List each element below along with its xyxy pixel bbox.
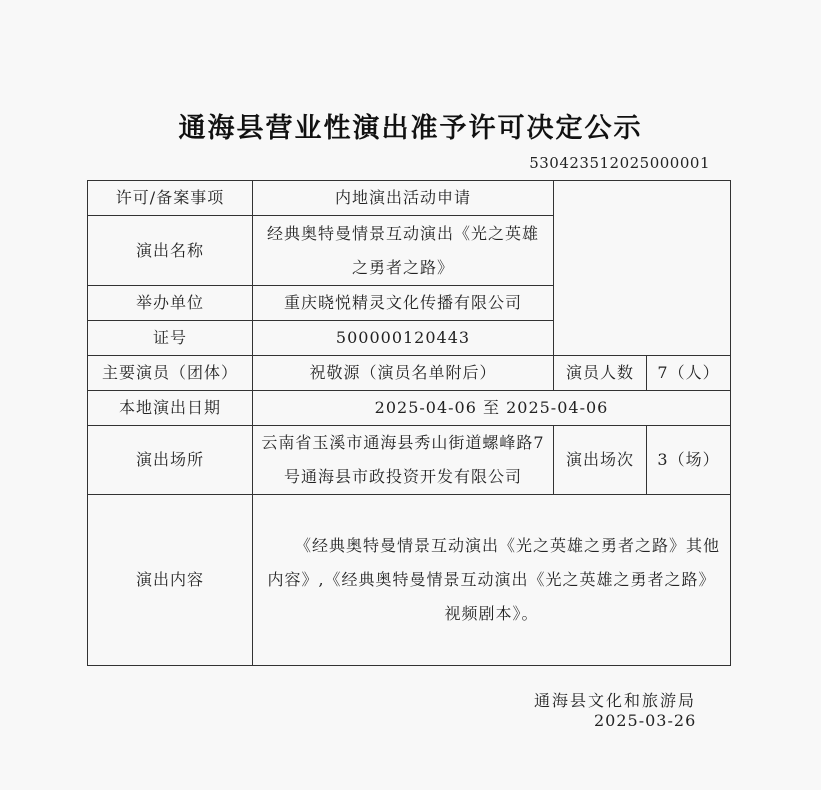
page-title: 通海县营业性演出准予许可决定公示 xyxy=(0,106,821,145)
label-content: 演出内容 xyxy=(88,495,253,666)
label-venue: 演出场所 xyxy=(88,426,253,495)
value-content: 《经典奥特曼情景互动演出《光之英雄之勇者之路》其他内容》,《经典奥特曼情景互动演… xyxy=(253,495,731,666)
value-sessions: 3（场） xyxy=(647,426,731,495)
issue-date: 2025-03-26 xyxy=(594,711,696,730)
value-venue: 云南省玉溪市通海县秀山街道螺峰路7号通海县市政投资开发有限公司 xyxy=(253,426,554,495)
document-number: 530423512025000001 xyxy=(529,154,710,172)
row-license-item: 许可/备案事项 内地演出活动申请 xyxy=(88,181,731,216)
blank-cell xyxy=(554,181,731,356)
label-performer-count: 演员人数 xyxy=(554,356,647,391)
value-performer-count: 7（人） xyxy=(647,356,731,391)
label-local-dates: 本地演出日期 xyxy=(88,391,253,426)
value-organizer: 重庆晓悦精灵文化传播有限公司 xyxy=(253,286,554,321)
value-license-item: 内地演出活动申请 xyxy=(253,181,554,216)
value-certificate: 500000120443 xyxy=(253,321,554,356)
issuer-name: 通海县文化和旅游局 xyxy=(534,688,696,711)
permit-table: 许可/备案事项 内地演出活动申请 演出名称 经典奥特曼情景互动演出《光之英雄之勇… xyxy=(87,180,731,666)
row-local-dates: 本地演出日期 2025-04-06 至 2025-04-06 xyxy=(88,391,731,426)
label-sessions: 演出场次 xyxy=(554,426,647,495)
row-venue: 演出场所 云南省玉溪市通海县秀山街道螺峰路7号通海县市政投资开发有限公司 演出场… xyxy=(88,426,731,495)
label-show-name: 演出名称 xyxy=(88,216,253,286)
value-main-performers: 祝敬源（演员名单附后） xyxy=(253,356,554,391)
label-main-performers: 主要演员（团体） xyxy=(88,356,253,391)
value-show-name: 经典奥特曼情景互动演出《光之英雄之勇者之路》 xyxy=(253,216,554,286)
row-main-performers: 主要演员（团体） 祝敬源（演员名单附后） 演员人数 7（人） xyxy=(88,356,731,391)
label-certificate: 证号 xyxy=(88,321,253,356)
row-content: 演出内容 《经典奥特曼情景互动演出《光之英雄之勇者之路》其他内容》,《经典奥特曼… xyxy=(88,495,731,666)
label-license-item: 许可/备案事项 xyxy=(88,181,253,216)
label-organizer: 举办单位 xyxy=(88,286,253,321)
value-local-dates: 2025-04-06 至 2025-04-06 xyxy=(253,391,731,426)
